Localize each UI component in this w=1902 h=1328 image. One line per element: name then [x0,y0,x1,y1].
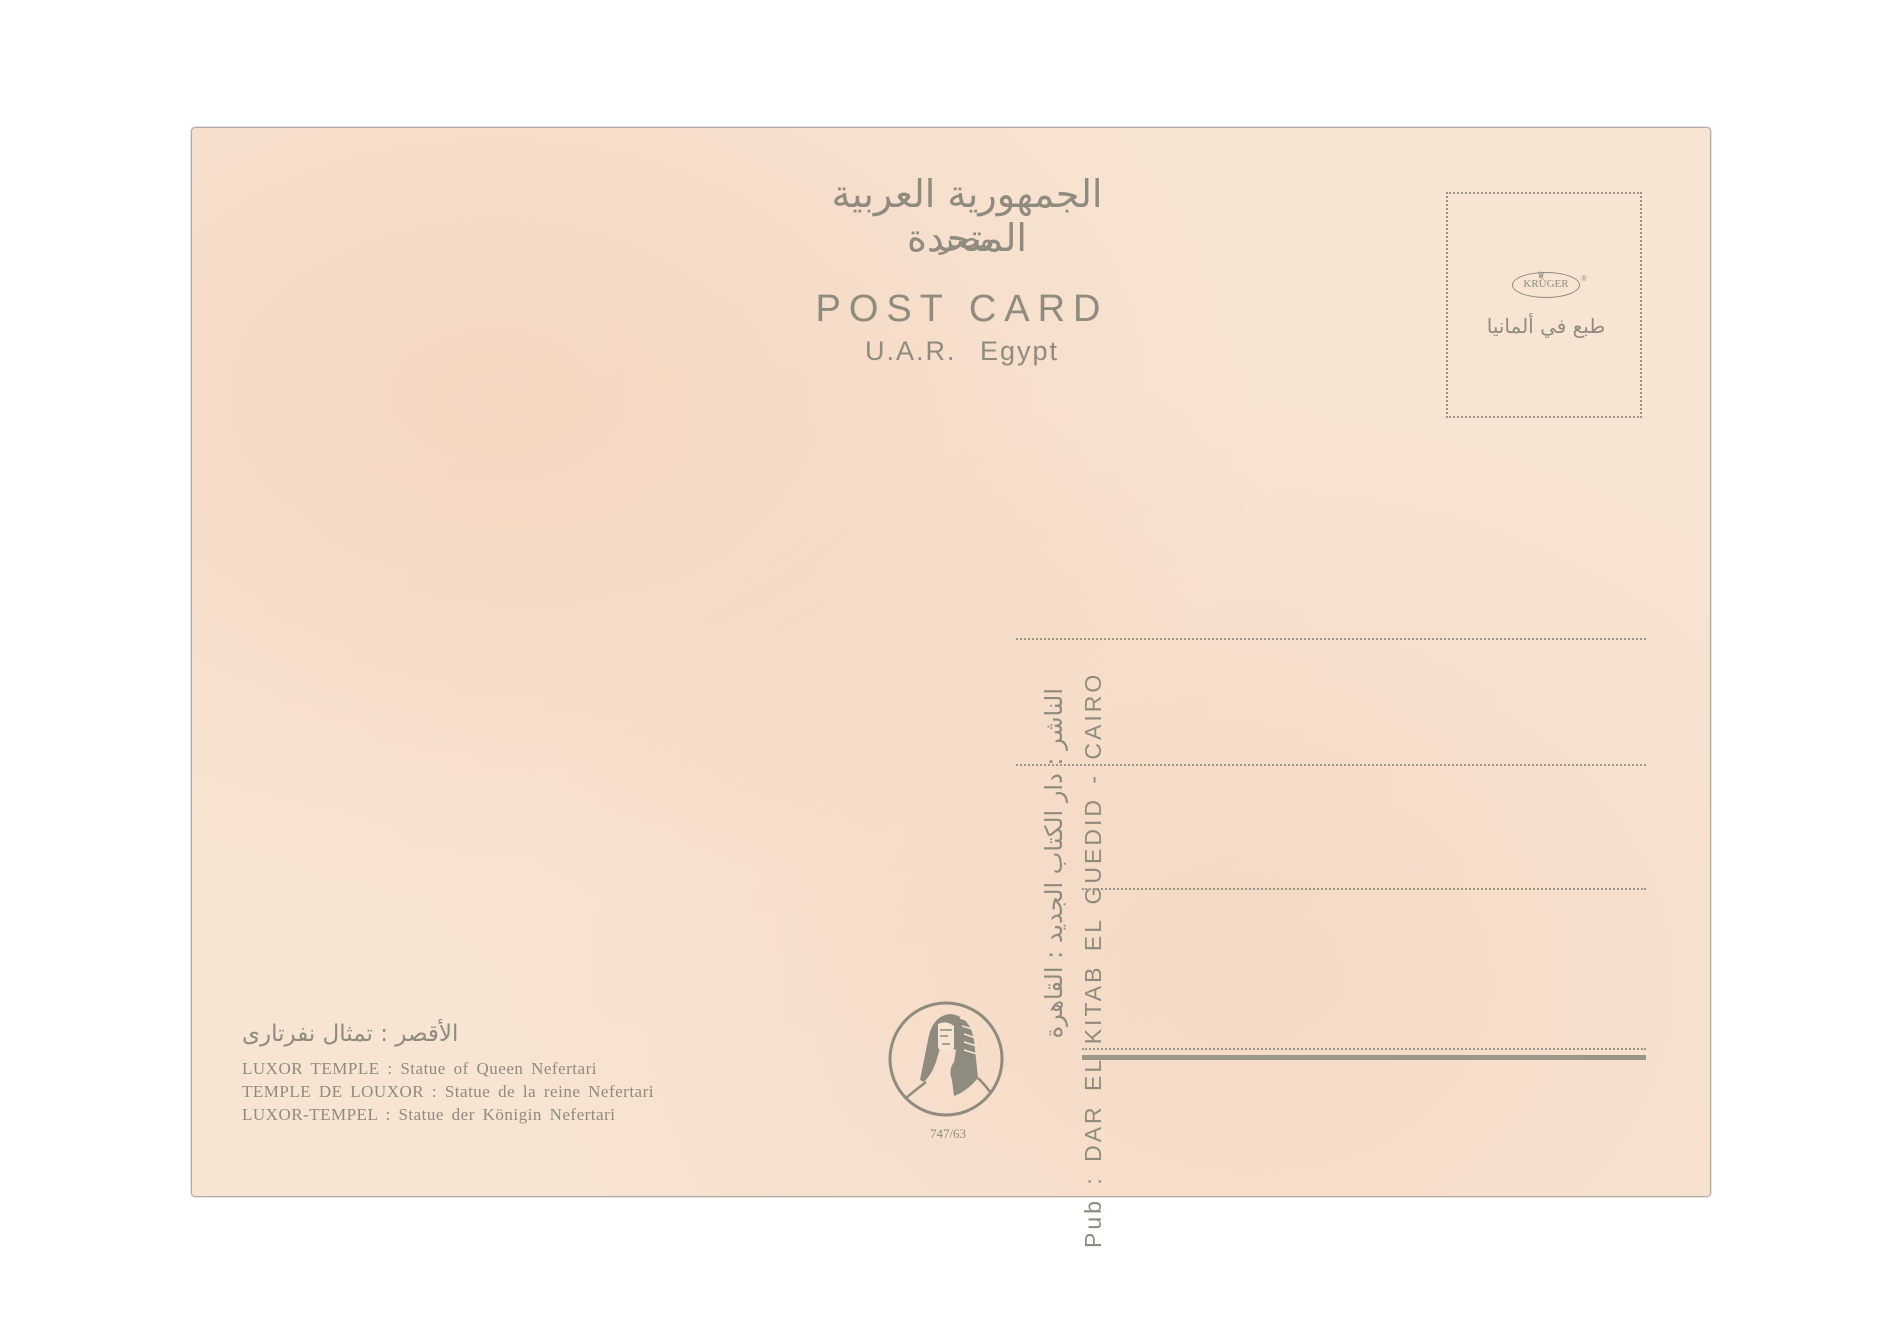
registered-mark: ® [1581,267,1587,290]
publisher-english: Pub : DAR EL KITAB EL GUEDID - CAIRO [1080,672,1107,1248]
caption-description: Statue of Queen Nefertari [400,1059,597,1078]
sphinx-icon [882,1000,1010,1118]
caption-line-english: LUXOR TEMPLE : Statue of Queen Nefertari [242,1059,597,1079]
country-subtitle: U.A.R. Egypt [792,336,1132,367]
kruger-brand: KRÜGER [1523,278,1568,290]
postcard-back: الجمهورية العربية المتحدة مصر POST CARD … [192,128,1710,1196]
caption-line-french: TEMPLE DE LOUXOR : Statue de la reine Ne… [242,1082,654,1102]
crown-icon: ♛ [1537,264,1545,287]
caption-place: LUXOR-TEMPEL [242,1105,378,1124]
caption-separator: : [380,1059,401,1078]
address-line-solid [1082,1055,1646,1060]
printed-in-germany-arabic: طبع في ألمانيا [1448,314,1644,338]
post-card-title: POST CARD [752,288,1172,331]
arabic-region-label: مصر [832,222,1102,255]
address-line-3 [1082,888,1646,890]
address-line-2 [1016,764,1646,766]
kruger-logo: ♛ KRÜGER ® [1512,272,1580,298]
caption-separator: : [424,1082,445,1101]
stamp-box: ♛ KRÜGER ® طبع في ألمانيا [1446,192,1642,418]
caption-separator: : [378,1105,399,1124]
address-line-1 [1016,638,1646,640]
caption-place: TEMPLE DE LOUXOR [242,1082,424,1101]
caption-line-german: LUXOR-TEMPEL : Statue der Königin Nefert… [242,1105,615,1125]
caption-place: LUXOR TEMPLE [242,1059,380,1078]
caption-description: Statue de la reine Nefertari [445,1082,654,1101]
caption-description: Statue der Königin Nefertari [398,1105,615,1124]
caption-arabic: الأقصر : تمثال نفرتارى [242,1021,542,1047]
address-line-4 [1082,1048,1646,1050]
publisher-arabic: الناشر : دار الكتاب الجديد : القاهرة [1040,688,1068,1248]
catalog-number: 747/63 [908,1126,988,1142]
